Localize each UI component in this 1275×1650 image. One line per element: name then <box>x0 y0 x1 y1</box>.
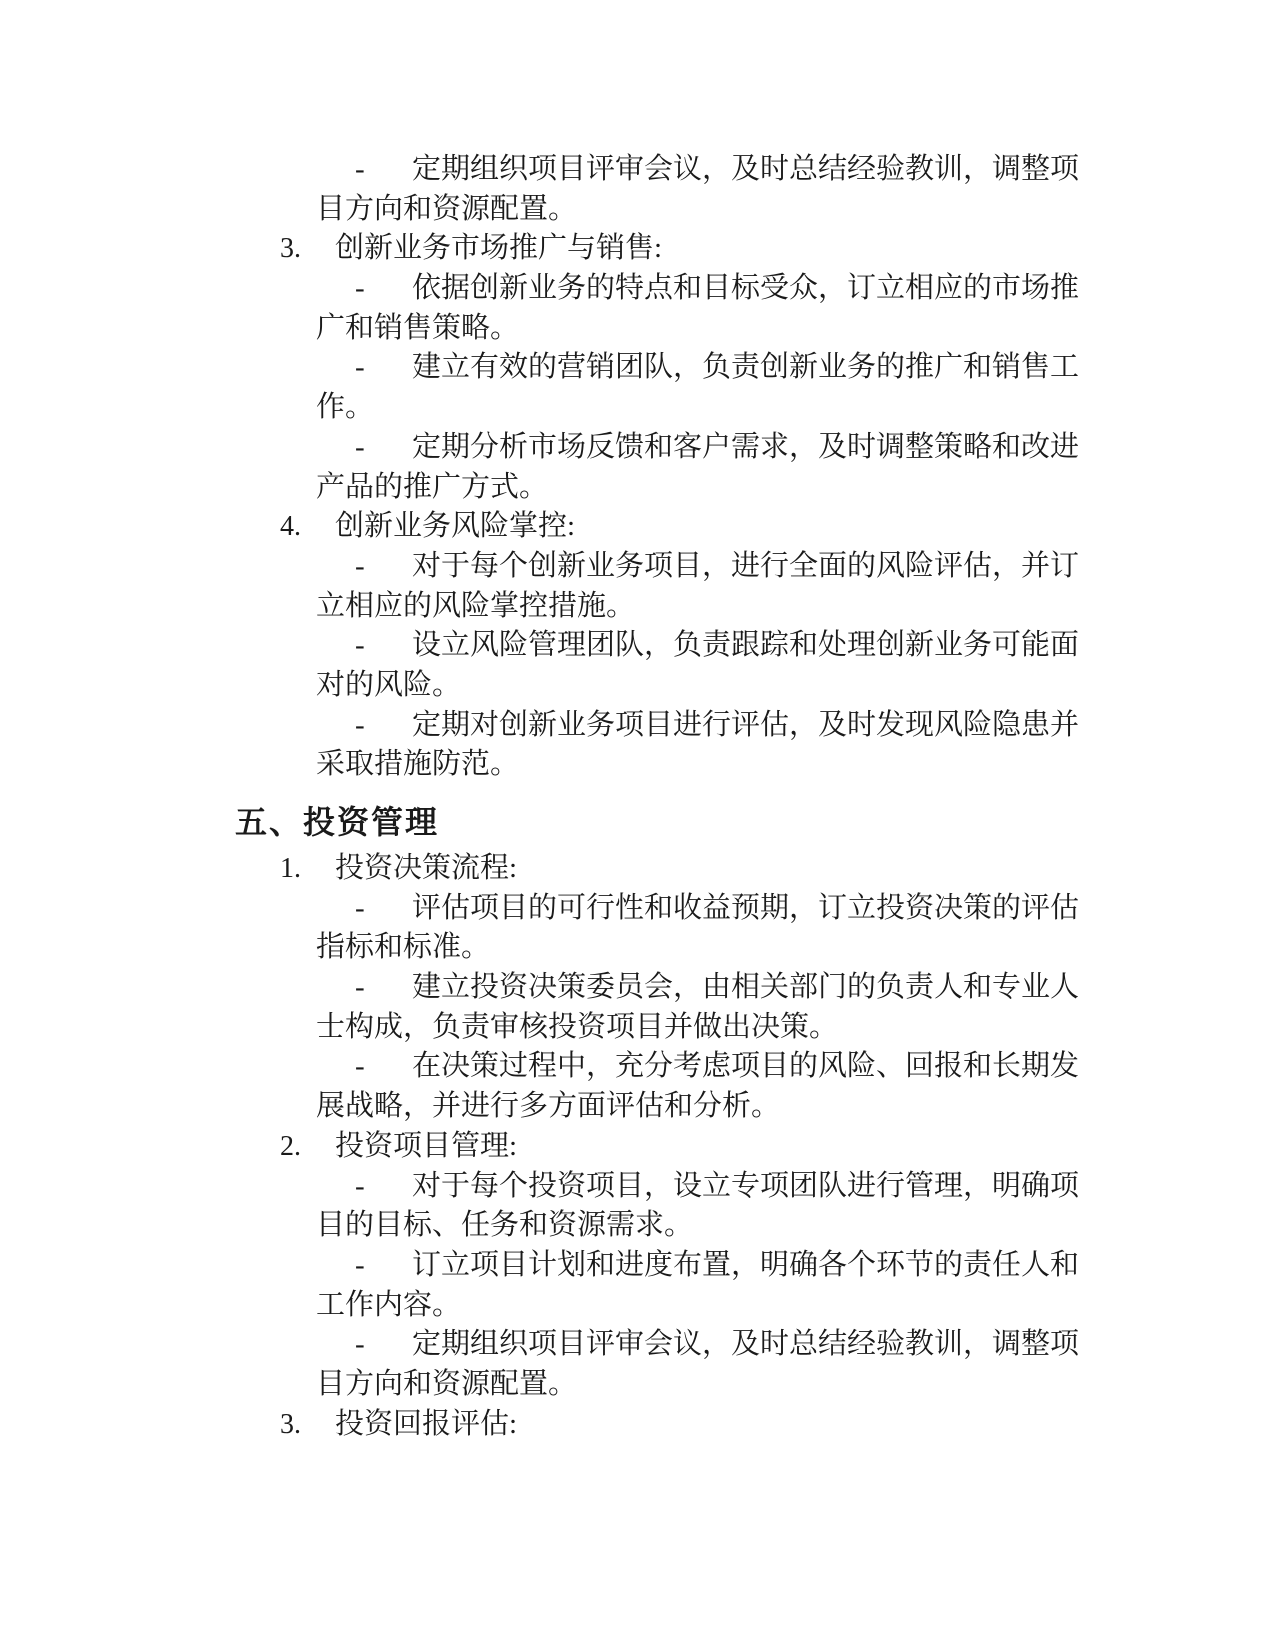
dash-bullet-marker: - <box>355 706 365 746</box>
list-number: 1. <box>280 849 301 889</box>
dash-bullet-line: -定期分析市场反馈和客户需求，及时调整策略和改进 <box>235 428 1105 468</box>
dash-bullet-line: -定期对创新业务项目进行评估，及时发现风险隐患并 <box>235 706 1105 746</box>
dash-bullet-marker: - <box>355 1246 365 1286</box>
list-number: 4. <box>280 507 301 547</box>
line-text: 创新业务市场推广与销售: <box>335 229 662 269</box>
dash-bullet-marker: - <box>355 547 365 587</box>
dash-bullet-line: -依据创新业务的特点和目标受众，订立相应的市场推 <box>235 269 1105 309</box>
numbered-list-line: 3.投资回报评估: <box>235 1405 1105 1445</box>
list-number: 3. <box>280 1405 301 1445</box>
dash-bullet-line: -定期组织项目评审会议，及时总结经验教训，调整项 <box>235 1325 1105 1365</box>
dash-bullet-marker: - <box>355 1047 365 1087</box>
dash-bullet-line: -建立投资决策委员会，由相关部门的负责人和专业人 <box>235 968 1105 1008</box>
document-content: -定期组织项目评审会议，及时总结经验教训，调整项目方向和资源配置。3.创新业务市… <box>235 150 1105 1444</box>
wrapped-text-line: 目的目标、任务和资源需求。 <box>235 1206 1105 1246</box>
dash-bullet-line: -对于每个投资项目，设立专项团队进行管理，明确项 <box>235 1167 1105 1207</box>
dash-bullet-marker: - <box>355 968 365 1008</box>
list-number: 2. <box>280 1127 301 1167</box>
line-text: 投资决策流程: <box>335 849 517 889</box>
wrapped-text-line: 士构成，负责审核投资项目并做出决策。 <box>235 1008 1105 1048</box>
dash-bullet-line: -定期组织项目评审会议，及时总结经验教训，调整项 <box>235 150 1105 190</box>
wrapped-text-line: 采取措施防范。 <box>235 745 1105 785</box>
dash-bullet-marker: - <box>355 150 365 190</box>
dash-bullet-line: -订立项目计划和进度布置，明确各个环节的责任人和 <box>235 1246 1105 1286</box>
dash-bullet-line: -建立有效的营销团队，负责创新业务的推广和销售工 <box>235 348 1105 388</box>
document-page: -定期组织项目评审会议，及时总结经验教训，调整项目方向和资源配置。3.创新业务市… <box>0 0 1275 1650</box>
line-text: 建立有效的营销团队，负责创新业务的推广和销售工 <box>412 348 1079 388</box>
dash-bullet-marker: - <box>355 626 365 666</box>
dash-bullet-marker: - <box>355 428 365 468</box>
dash-bullet-line: -在决策过程中，充分考虑项目的风险、回报和长期发 <box>235 1047 1105 1087</box>
wrapped-text-line: 广和销售策略。 <box>235 309 1105 349</box>
line-text: 对的风险。 <box>316 666 461 706</box>
line-text: 建立投资决策委员会，由相关部门的负责人和专业人 <box>412 968 1079 1008</box>
line-text: 目的目标、任务和资源需求。 <box>316 1206 693 1246</box>
line-text: 定期组织项目评审会议，及时总结经验教训，调整项 <box>412 1325 1079 1365</box>
line-text: 评估项目的可行性和收益预期，订立投资决策的评估 <box>412 889 1079 929</box>
section-heading: 五、投资管理 <box>235 798 1105 846</box>
line-text: 工作内容。 <box>316 1286 461 1326</box>
dash-bullet-marker: - <box>355 1167 365 1207</box>
line-text: 设立风险管理团队，负责跟踪和处理创新业务可能面 <box>412 626 1079 666</box>
line-text: 订立项目计划和进度布置，明确各个环节的责任人和 <box>412 1246 1079 1286</box>
dash-bullet-line: -设立风险管理团队，负责跟踪和处理创新业务可能面 <box>235 626 1105 666</box>
line-text: 指标和标准。 <box>316 928 490 968</box>
line-text: 定期对创新业务项目进行评估，及时发现风险隐患并 <box>412 706 1079 746</box>
line-text: 定期组织项目评审会议，及时总结经验教训，调整项 <box>412 150 1079 190</box>
line-text: 目方向和资源配置。 <box>316 1365 577 1405</box>
line-text: 产品的推广方式。 <box>316 468 548 508</box>
line-text: 投资项目管理: <box>335 1127 517 1167</box>
line-text: 目方向和资源配置。 <box>316 190 577 230</box>
wrapped-text-line: 指标和标准。 <box>235 928 1105 968</box>
line-text: 对于每个投资项目，设立专项团队进行管理，明确项 <box>412 1167 1079 1207</box>
line-text: 定期分析市场反馈和客户需求，及时调整策略和改进 <box>412 428 1079 468</box>
wrapped-text-line: 展战略，并进行多方面评估和分析。 <box>235 1087 1105 1127</box>
wrapped-text-line: 立相应的风险掌控措施。 <box>235 587 1105 627</box>
dash-bullet-marker: - <box>355 1325 365 1365</box>
line-text: 采取措施防范。 <box>316 745 519 785</box>
list-number: 3. <box>280 229 301 269</box>
wrapped-text-line: 目方向和资源配置。 <box>235 190 1105 230</box>
numbered-list-line: 1.投资决策流程: <box>235 849 1105 889</box>
line-text: 在决策过程中，充分考虑项目的风险、回报和长期发 <box>412 1047 1079 1087</box>
dash-bullet-marker: - <box>355 889 365 929</box>
line-text: 依据创新业务的特点和目标受众，订立相应的市场推 <box>412 269 1079 309</box>
wrapped-text-line: 工作内容。 <box>235 1286 1105 1326</box>
wrapped-text-line: 对的风险。 <box>235 666 1105 706</box>
line-text: 士构成，负责审核投资项目并做出决策。 <box>316 1008 838 1048</box>
wrapped-text-line: 产品的推广方式。 <box>235 468 1105 508</box>
dash-bullet-line: -对于每个创新业务项目，进行全面的风险评估，并订 <box>235 547 1105 587</box>
numbered-list-line: 3.创新业务市场推广与销售: <box>235 229 1105 269</box>
line-text: 作。 <box>316 388 374 428</box>
dash-bullet-marker: - <box>355 269 365 309</box>
line-text: 展战略，并进行多方面评估和分析。 <box>316 1087 780 1127</box>
dash-bullet-line: -评估项目的可行性和收益预期，订立投资决策的评估 <box>235 889 1105 929</box>
line-text: 广和销售策略。 <box>316 309 519 349</box>
line-text: 投资回报评估: <box>335 1405 517 1445</box>
line-text: 创新业务风险掌控: <box>335 507 575 547</box>
wrapped-text-line: 作。 <box>235 388 1105 428</box>
line-text: 对于每个创新业务项目，进行全面的风险评估，并订 <box>412 547 1079 587</box>
numbered-list-line: 2.投资项目管理: <box>235 1127 1105 1167</box>
numbered-list-line: 4.创新业务风险掌控: <box>235 507 1105 547</box>
line-text: 立相应的风险掌控措施。 <box>316 587 635 627</box>
dash-bullet-marker: - <box>355 348 365 388</box>
wrapped-text-line: 目方向和资源配置。 <box>235 1365 1105 1405</box>
